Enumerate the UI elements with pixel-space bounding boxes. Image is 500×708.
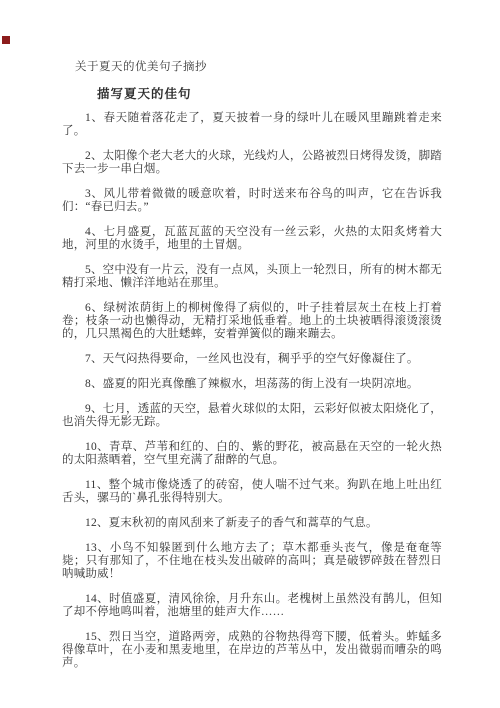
paragraph: 7、天气闷热得要命，一丝风也没有，稠乎乎的空气好像凝住了。 — [62, 353, 442, 366]
paragraph: 12、夏末秋初的南风刮来了新麦子的香气和蒿草的气息。 — [62, 517, 442, 530]
paragraph: 14、时值盛夏，清风徐徐，月升东山。老槐树上虽然没有鹊儿，但知了却不停地鸣叫着，… — [62, 593, 442, 619]
document-page: 关于夏天的优美句子摘抄 描写夏天的佳句 1、春天随着落花走了，夏天披着一身的绿叶… — [0, 0, 500, 708]
section-heading: 描写夏天的佳句 — [97, 87, 442, 101]
paragraph: 3、风儿带着微微的暖意吹着，时时送来布谷鸟的叫声，它在告诉我们：“春已归去。” — [62, 188, 442, 214]
paragraph: 13、小鸟不知躲匿到什么地方去了；草木都垂头丧气，像是奄奄等毙；只有那知了，不住… — [62, 542, 442, 581]
paragraph: 4、七月盛夏，瓦蓝瓦蓝的天空没有一丝云彩，火热的太阳炙烤着大地，河里的水烫手，地… — [62, 226, 442, 252]
paragraph: 10、青草、芦苇和红的、白的、紫的野花，被高悬在天空的一轮火热的太阳蒸晒着，空气… — [62, 441, 442, 467]
corner-mark — [2, 36, 10, 44]
paragraph: 5、空中没有一片云，没有一点风，头顶上一轮烈日，所有的树木都无精打采地、懒洋洋地… — [62, 264, 442, 290]
paragraph: 2、太阳像个老大老大的火球，光线灼人，公路被烈日烤得发烫，脚踏下去一步一串白烟。 — [62, 150, 442, 176]
paragraph-list: 1、春天随着落花走了，夏天披着一身的绿叶儿在暖风里蹦跳着走来了。2、太阳像个老大… — [62, 112, 442, 670]
paragraph: 1、春天随着落花走了，夏天披着一身的绿叶儿在暖风里蹦跳着走来了。 — [62, 112, 442, 138]
document-content: 关于夏天的优美句子摘抄 描写夏天的佳句 1、春天随着落花走了，夏天披着一身的绿叶… — [62, 61, 442, 682]
paragraph: 11、整个城市像烧透了的砖窑，使人喘不过气来。狗趴在地上吐出红舌头，骡马的`鼻孔… — [62, 479, 442, 505]
document-title: 关于夏天的优美句子摘抄 — [75, 61, 442, 74]
paragraph: 9、七月，透蓝的天空，悬着火球似的太阳，云彩好似被太阳烧化了，也消失得无影无踪。 — [62, 403, 442, 429]
paragraph: 15、烈日当空，道路两旁，成熟的谷物热得弯下腰，低着头。蚱蜢多得像草叶，在小麦和… — [62, 631, 442, 670]
paragraph: 8、盛夏的阳光真像醮了辣椒水，坦荡荡的街上没有一块阴凉地。 — [62, 378, 442, 391]
paragraph: 6、绿树浓荫街上的柳树像得了病似的，叶子挂着层灰土在枝上打着卷；枝条一动也懒得动… — [62, 302, 442, 341]
